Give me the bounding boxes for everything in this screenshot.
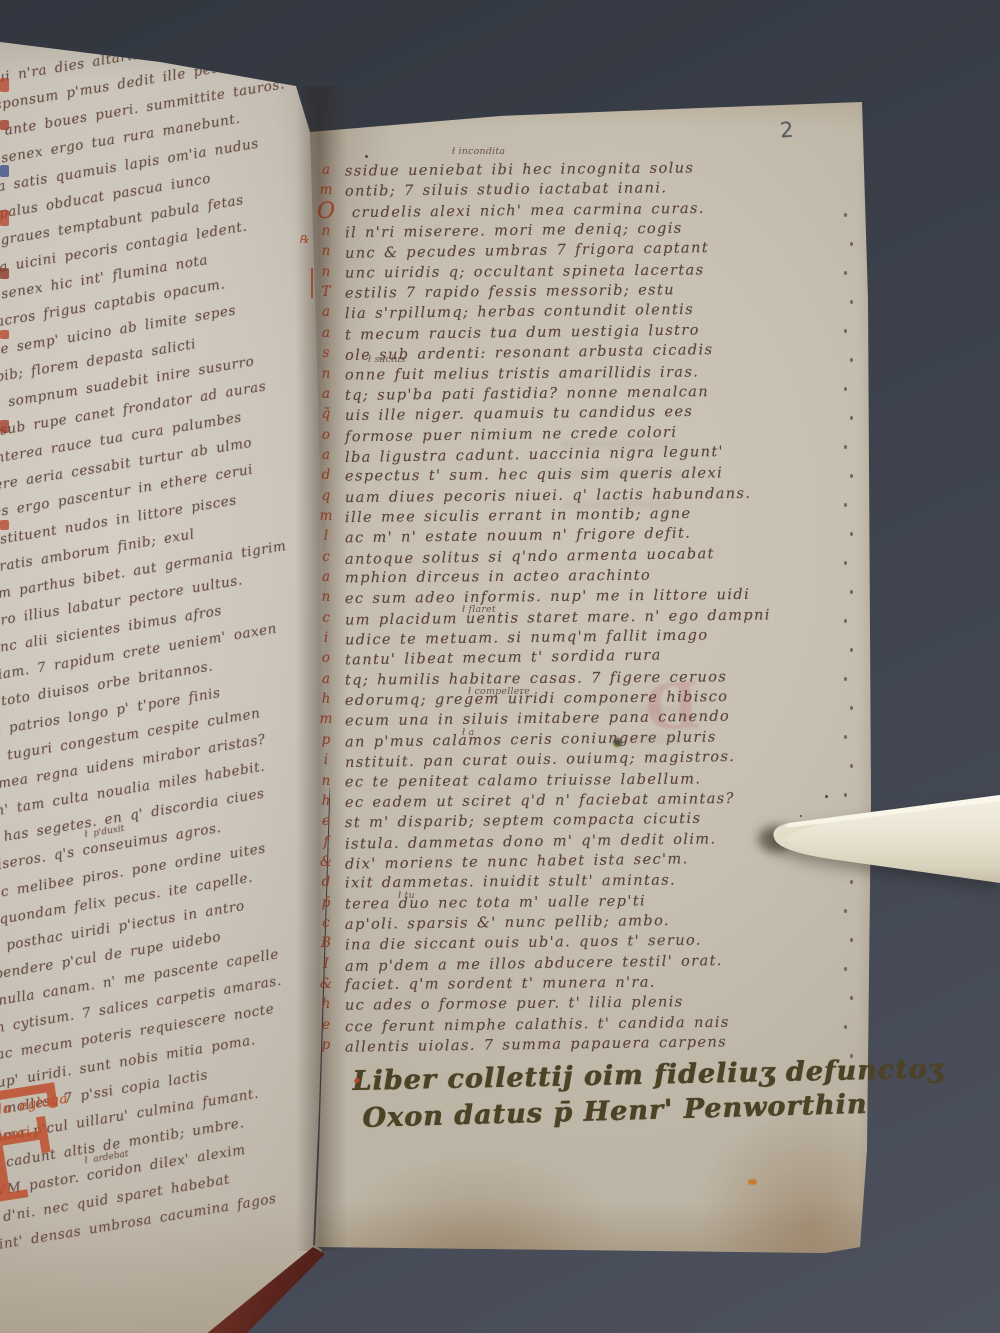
pricking-hole <box>844 387 847 391</box>
pricking-hole <box>850 764 853 768</box>
pricking-hole <box>844 271 847 275</box>
pricking-hole <box>850 996 853 1000</box>
pricking-hole <box>850 242 853 246</box>
pricking-hole <box>844 1025 847 1029</box>
pricking-hole <box>850 532 853 536</box>
pricking-hole <box>844 735 847 739</box>
manuscript-photo: senos cui n'ra dies altaria fumant.mihi … <box>0 0 1000 1333</box>
pricking-holes <box>0 0 1000 1333</box>
pricking-hole <box>850 706 853 710</box>
pricking-hole <box>844 445 847 449</box>
pricking-hole <box>850 474 853 478</box>
pricking-hole <box>844 677 847 681</box>
pricking-hole <box>850 300 853 304</box>
gutter-shadow <box>296 86 348 1251</box>
pricking-hole <box>844 967 847 971</box>
pricking-hole <box>844 561 847 565</box>
pricking-hole <box>850 648 853 652</box>
bone-folder-tool[interactable] <box>763 793 1000 885</box>
pricking-hole <box>844 619 847 623</box>
pricking-hole <box>850 358 853 362</box>
pricking-hole <box>850 590 853 594</box>
pricking-hole <box>844 213 847 217</box>
pricking-hole <box>850 416 853 420</box>
pricking-hole <box>850 938 853 942</box>
pricking-hole <box>844 329 847 333</box>
pricking-hole <box>844 503 847 507</box>
pricking-hole <box>844 909 847 913</box>
